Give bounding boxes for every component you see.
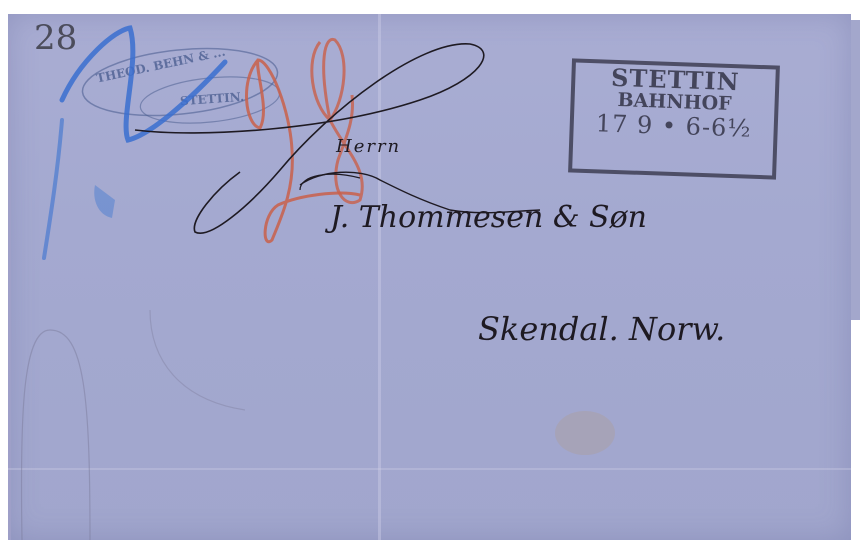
faint-pencil-marks — [0, 0, 860, 540]
